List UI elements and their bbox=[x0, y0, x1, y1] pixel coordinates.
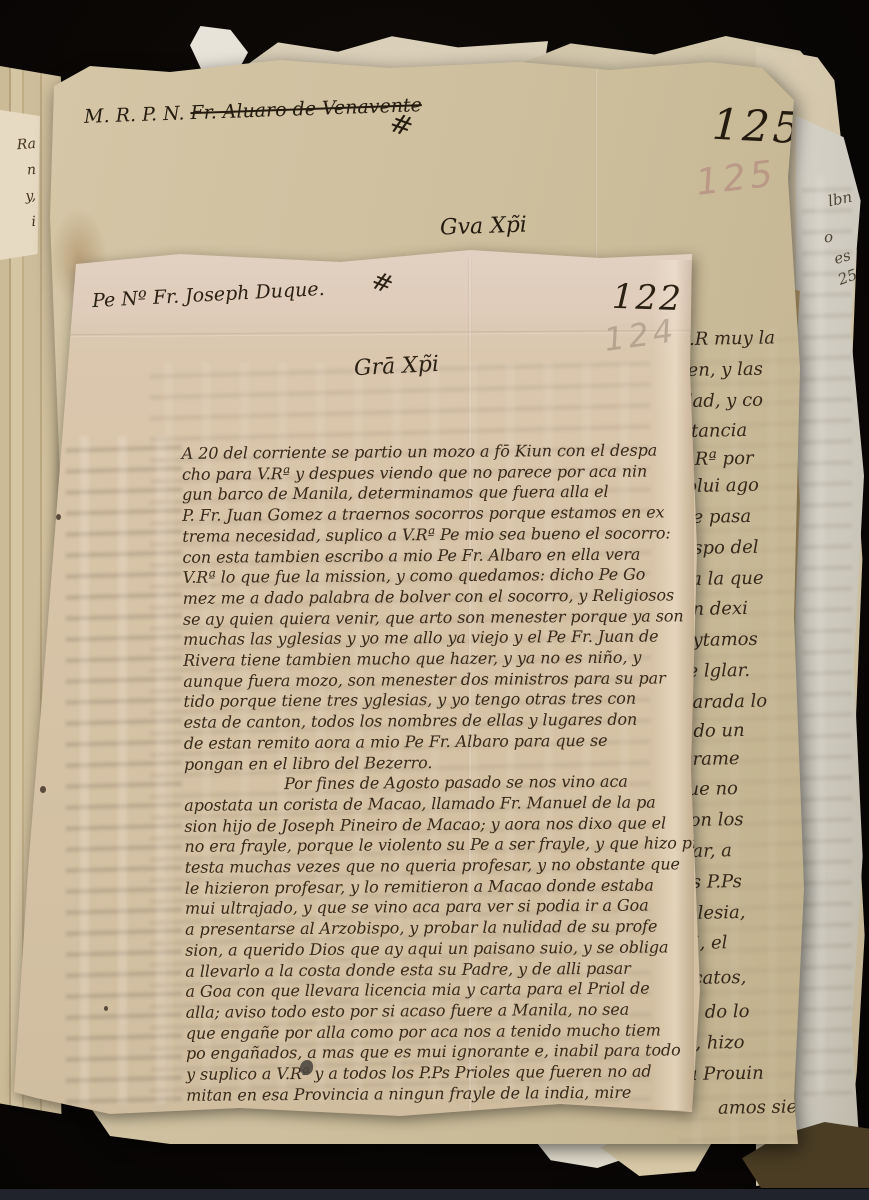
ink-blot bbox=[300, 1060, 313, 1075]
ditto-mark: # bbox=[367, 265, 397, 300]
addressee-name-struck: Fr. Aluaro de Venavente bbox=[190, 94, 422, 124]
addressee-header: Pe Nº Fr. Joseph Duque. bbox=[92, 278, 326, 312]
invocation: Gva Xp̃i bbox=[440, 212, 528, 240]
spine-text-fragment: o bbox=[823, 228, 834, 247]
handwritten-line: trema necesidad, suplico a V.Rª Pe mio s… bbox=[182, 523, 702, 547]
paper-crease bbox=[60, 330, 690, 337]
addressee-prefix: M. R. P. N. bbox=[84, 102, 191, 128]
addressee-header: M. R. P. N. Fr. Aluaro de Venavente bbox=[84, 94, 422, 128]
manuscript-letter-page: Pe Nº Fr. Joseph Duque. # 122 124 Grā X… bbox=[0, 250, 706, 1128]
left-paper-fragment: Rany,i bbox=[0, 110, 40, 260]
edge-text-fragment: i bbox=[0, 209, 41, 238]
edge-text-fragment: n bbox=[0, 157, 41, 186]
folio-number-pencil: 125 bbox=[694, 153, 779, 204]
letter-body: A 20 del corriente se partio un mozo a f… bbox=[182, 440, 707, 1106]
margin-text-fragment: amos sieñ bbox=[718, 1089, 811, 1127]
folio-number-ink: 125 bbox=[711, 100, 805, 155]
edge-text-fragment: Ra bbox=[0, 131, 41, 160]
edge-text-fragment: y, bbox=[0, 183, 41, 212]
paper-speck bbox=[104, 1006, 108, 1011]
paper-crease bbox=[595, 58, 598, 278]
photo-bottom-strip bbox=[0, 1189, 869, 1200]
handwritten-line: esta de canton, todos los nombres de ell… bbox=[184, 709, 704, 733]
handwritten-line: cho para V.Rª y despues viendo que no pa… bbox=[182, 461, 702, 485]
paper-speck bbox=[56, 514, 61, 520]
paper-speck bbox=[40, 786, 46, 793]
invocation: Grā Xp̃i bbox=[353, 352, 439, 381]
handwritten-line: mitan en esa Provincia a ningun frayle d… bbox=[186, 1082, 706, 1106]
